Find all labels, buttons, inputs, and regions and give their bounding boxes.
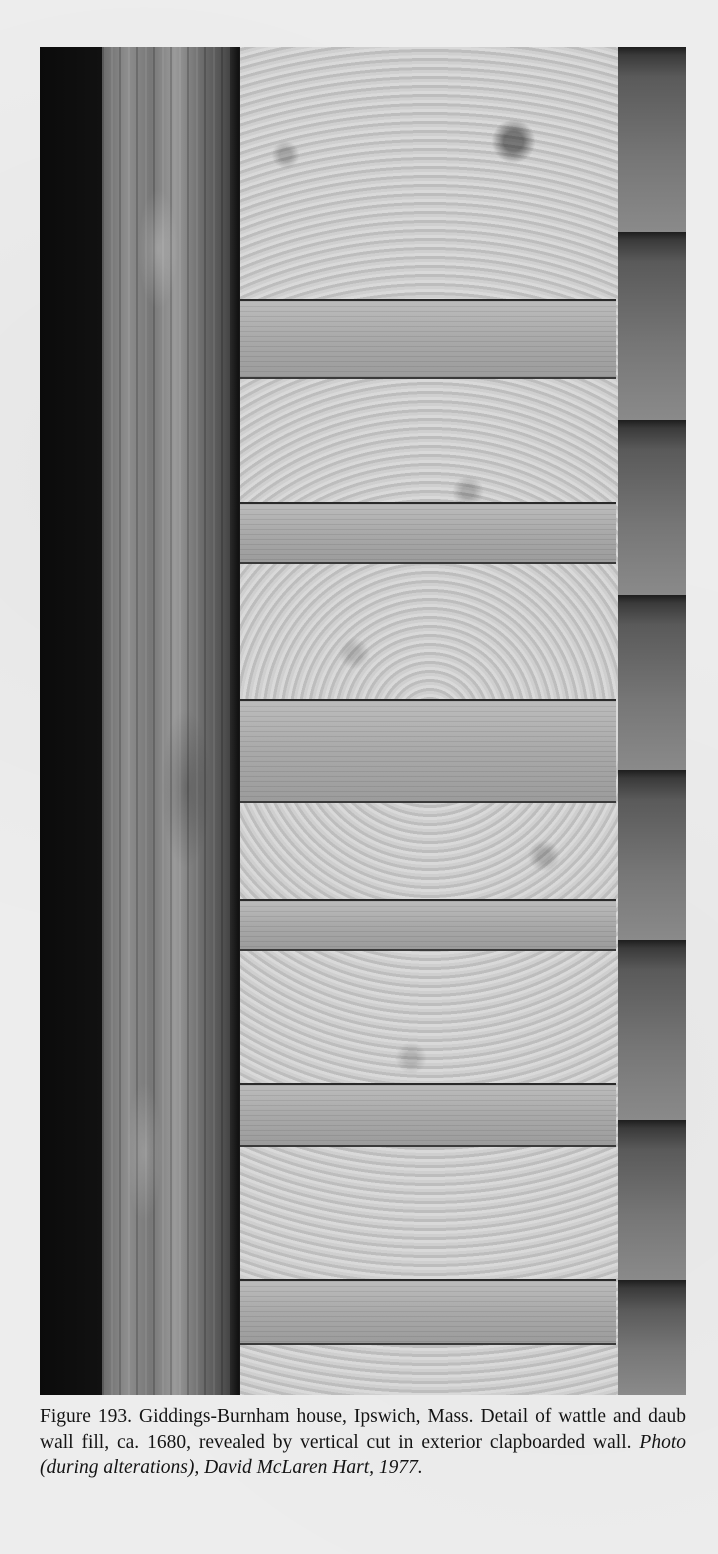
clapboard-course — [618, 770, 686, 940]
wattle-slat — [240, 1279, 616, 1345]
clapboard-course — [618, 47, 686, 232]
wattle-slat — [240, 502, 616, 564]
wattle-slat — [240, 899, 616, 951]
clapboard-course — [618, 595, 686, 770]
wattle-slat — [240, 699, 616, 803]
photo-credit-name: David McLaren Hart, 1977. — [204, 1457, 423, 1478]
clapboard-siding — [618, 47, 686, 1395]
figure-label: Figure 193. — [40, 1406, 132, 1427]
clapboard-course — [618, 1120, 686, 1280]
clapboard-course — [618, 232, 686, 420]
wattle-slat — [240, 1083, 616, 1147]
clapboard-course — [618, 940, 686, 1120]
clapboard-course — [618, 420, 686, 595]
caption-text: Giddings-Burnham house, Ipswich, Mass. D… — [40, 1406, 686, 1453]
wattle-slat — [240, 299, 616, 379]
timber-post — [102, 47, 242, 1395]
figure-caption: Figure 193. Giddings-Burnham house, Ipsw… — [40, 1404, 686, 1481]
clapboard-course — [618, 1280, 686, 1395]
photo-credit-note: (during alterations), — [40, 1457, 199, 1478]
figure-photo — [40, 47, 686, 1395]
photo-credit-label: Photo — [639, 1432, 686, 1453]
